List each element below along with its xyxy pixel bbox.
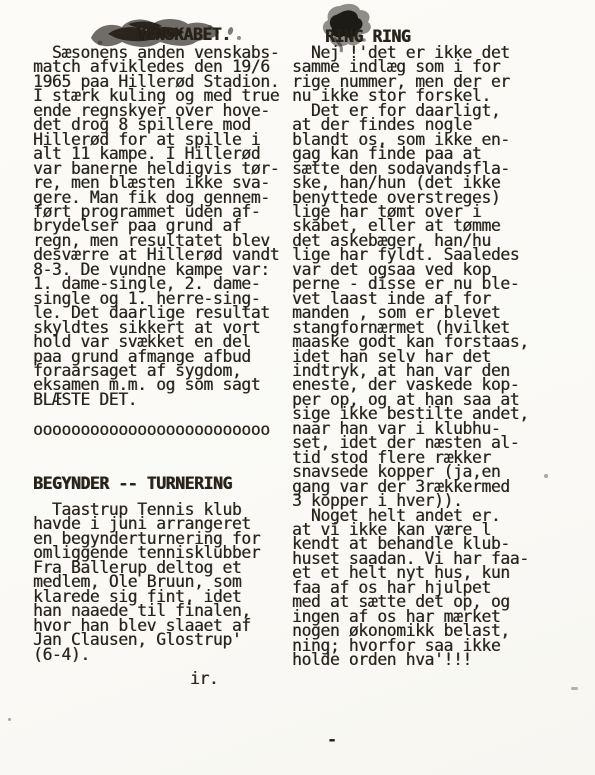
- ink-speck: [544, 474, 548, 478]
- article-signature: ir.: [190, 672, 218, 686]
- ink-speck: [8, 718, 11, 721]
- second-article-title: BEGYNDER -- TURNERING: [33, 476, 232, 491]
- left-article-title: VENSKABET.: [136, 27, 231, 42]
- left-article-body: Sæsonens anden venskabs- match afviklede…: [33, 46, 279, 407]
- stray-dash-mark: -: [327, 733, 336, 747]
- ink-speck: [571, 687, 578, 690]
- right-article-title: RING RING: [325, 29, 410, 44]
- ink-speck: [237, 36, 241, 40]
- second-article-body: Taastrup Tennis klub havde i juni arrang…: [33, 503, 260, 662]
- separator-row-of-os: ooooooooooooooooooooooooo: [33, 423, 270, 437]
- right-article-body: Nej !'det er ikke det samme indlæg som i…: [292, 46, 529, 667]
- scanned-newsletter-page: VENSKABET. Sæsonens anden venskabs- matc…: [0, 0, 595, 775]
